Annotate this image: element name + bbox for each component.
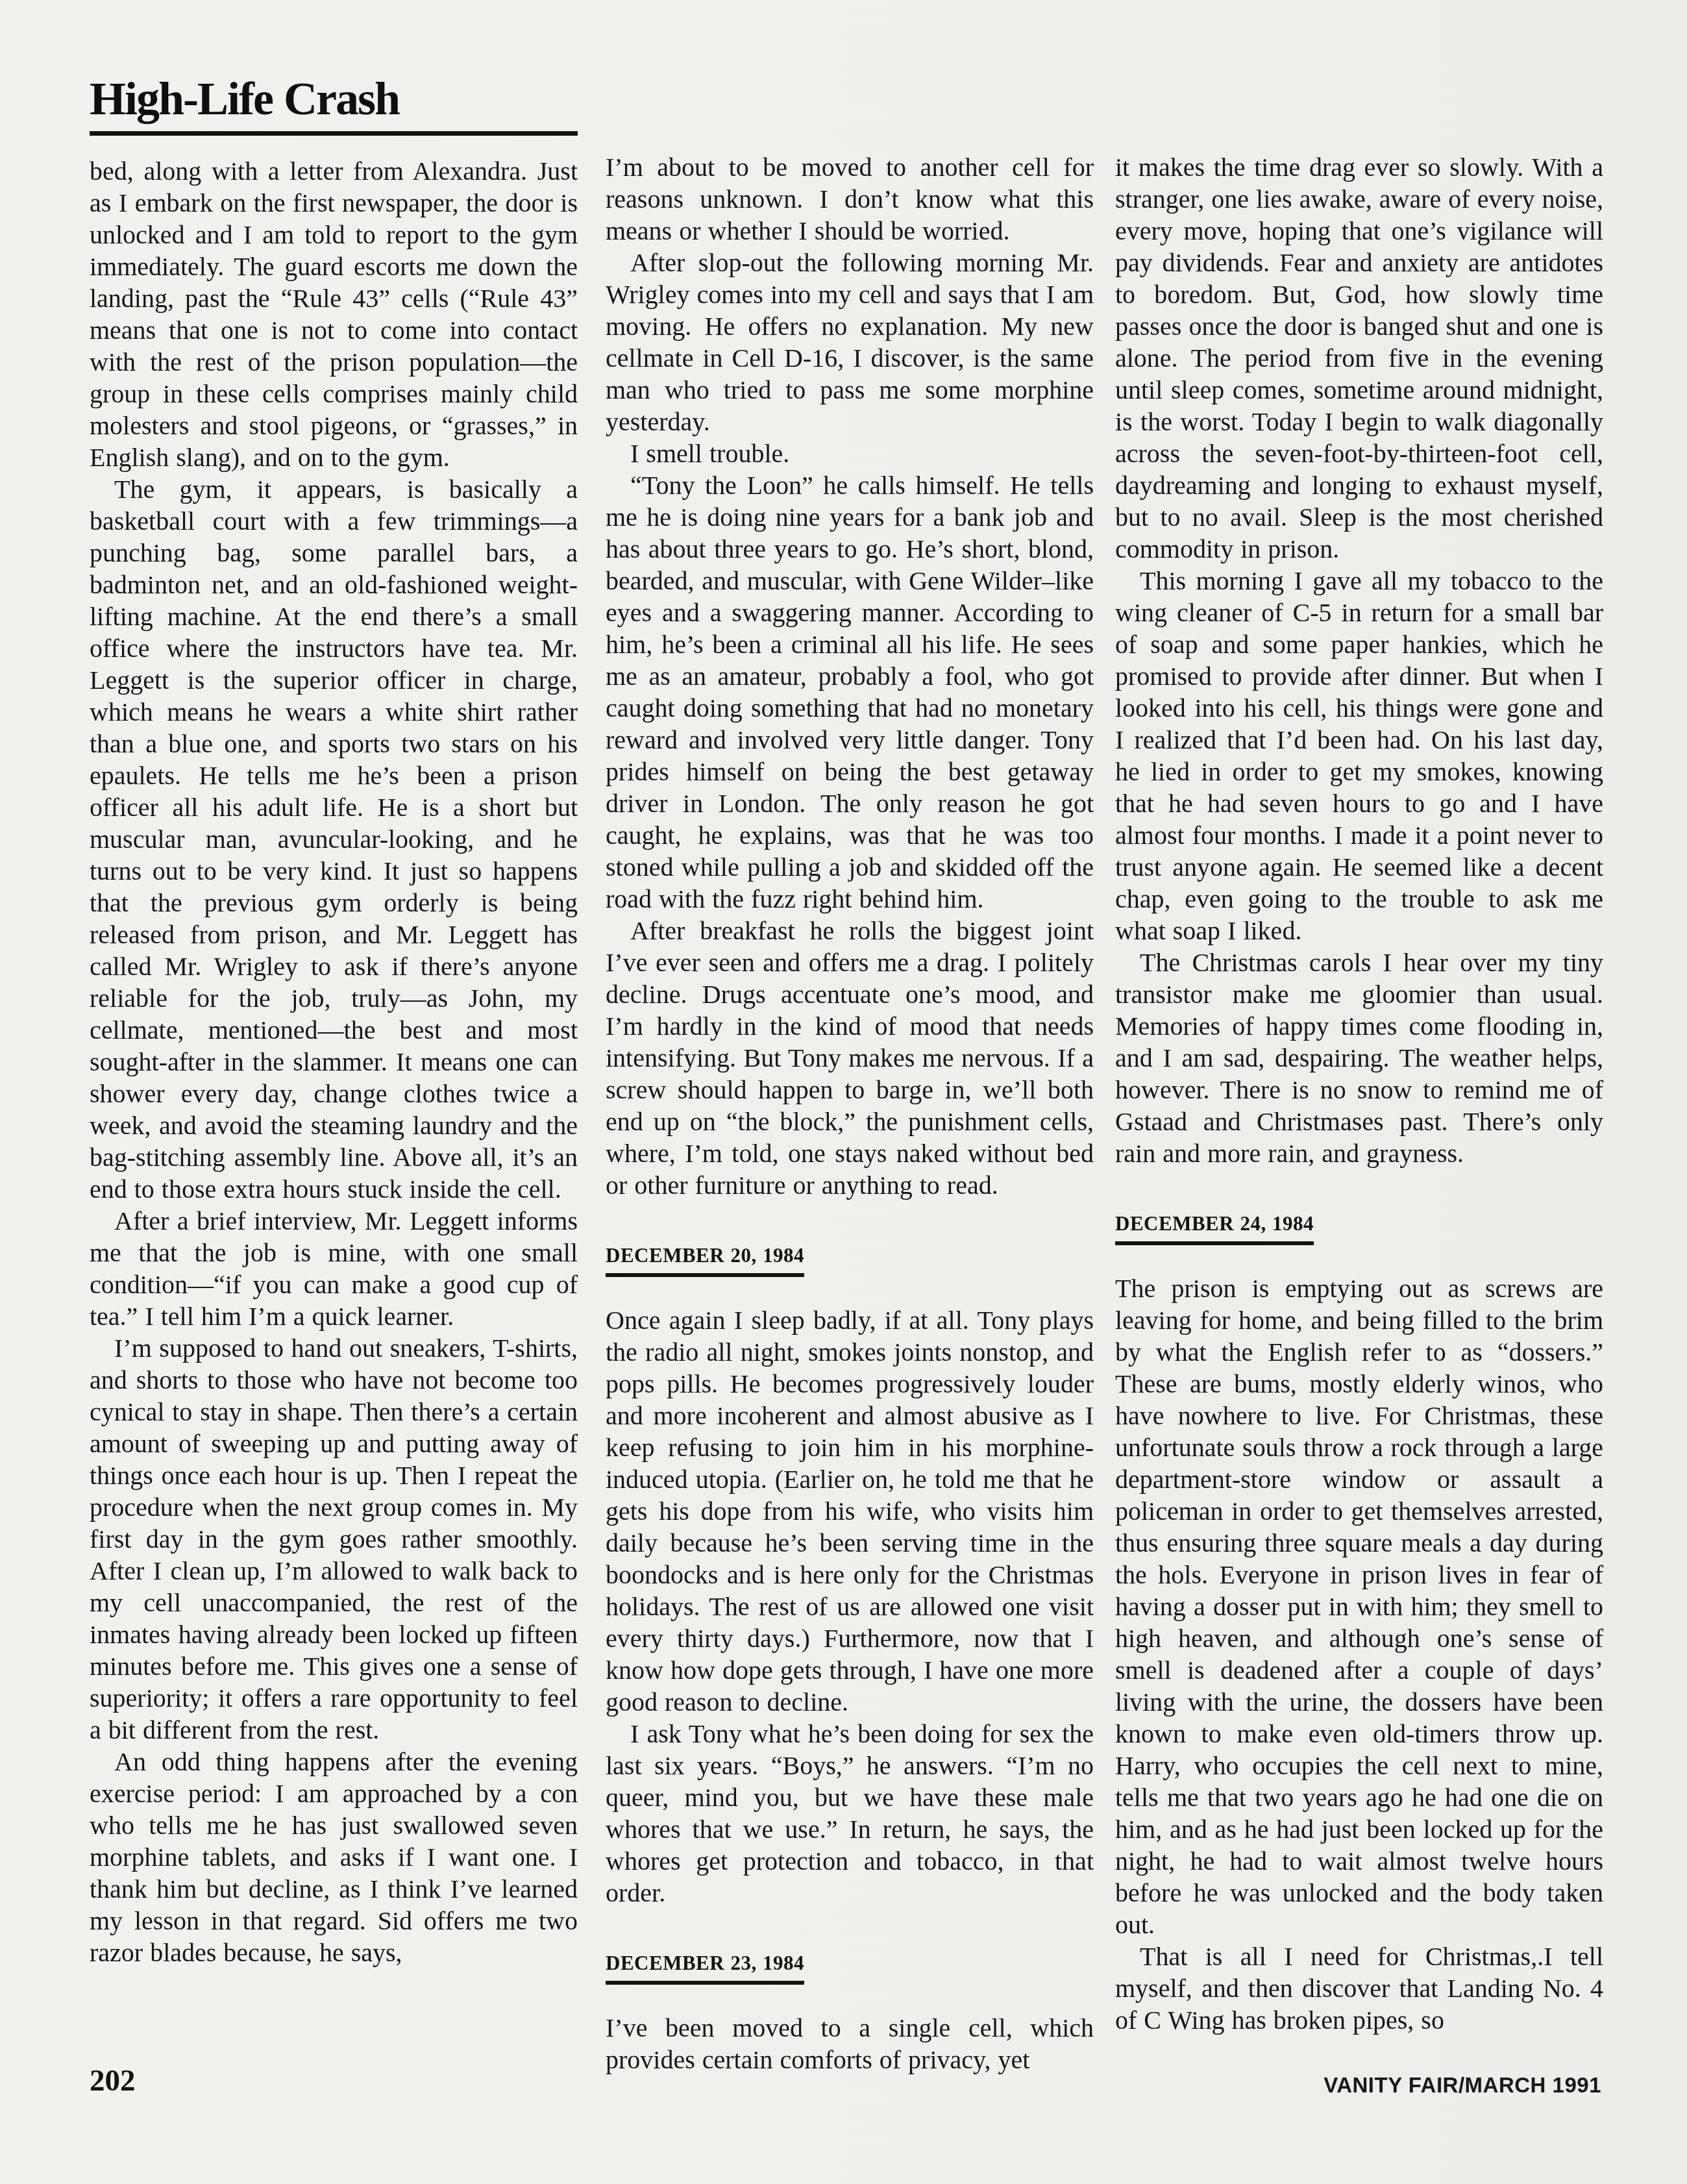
body-paragraph: bed, along with a letter from Alexandra.…: [90, 155, 578, 473]
column-3: it makes the time drag ever so slowly. W…: [1115, 151, 1603, 2036]
magazine-page: High-Life Crash bed, along with a letter…: [0, 0, 1687, 2184]
body-paragraph: I smell trouble.: [606, 438, 1094, 469]
article-title: High-Life Crash: [90, 75, 578, 122]
body-paragraph: Once again I sleep badly, if at all. Ton…: [606, 1304, 1094, 1718]
body-paragraph: I’ve been moved to a single cell, which …: [606, 2012, 1094, 2076]
body-paragraph: it makes the time drag ever so slowly. W…: [1115, 151, 1603, 565]
body-paragraph: “Tony the Loon” he calls himself. He tel…: [606, 469, 1094, 915]
date-heading: DECEMBER 23, 1984: [606, 1953, 804, 1985]
column-2: I’m about to be moved to another cell fo…: [606, 151, 1094, 2076]
body-paragraph: The gym, it appears, is basically a bask…: [90, 473, 578, 1205]
body-paragraph: That is all I need for Christmas,.I tell…: [1115, 1941, 1603, 2036]
date-heading-block: DECEMBER 23, 1984: [606, 1945, 1094, 1985]
body-paragraph: After slop-out the following morning Mr.…: [606, 247, 1094, 438]
title-rule: [90, 131, 578, 136]
body-paragraph: I’m about to be moved to another cell fo…: [606, 151, 1094, 247]
page-number: 202: [90, 2063, 136, 2098]
date-heading: DECEMBER 24, 1984: [1115, 1213, 1314, 1245]
column-1: High-Life Crash bed, along with a letter…: [90, 75, 578, 1968]
body-paragraph: After breakfast he rolls the biggest joi…: [606, 915, 1094, 1201]
body-paragraph: This morning I gave all my tobacco to th…: [1115, 565, 1603, 947]
body-paragraph: I ask Tony what he’s been doing for sex …: [606, 1718, 1094, 1909]
body-paragraph: The Christmas carols I hear over my tiny…: [1115, 947, 1603, 1169]
date-heading-block: DECEMBER 24, 1984: [1115, 1206, 1603, 1245]
body-paragraph: I’m supposed to hand out sneakers, T-shi…: [90, 1332, 578, 1746]
date-heading-block: DECEMBER 20, 1984: [606, 1237, 1094, 1277]
body-paragraph: The prison is emptying out as screws are…: [1115, 1272, 1603, 1941]
magazine-credit: VANITY FAIR/MARCH 1991: [1324, 2073, 1601, 2098]
body-paragraph: An odd thing happens after the evening e…: [90, 1746, 578, 1968]
body-paragraph: After a brief interview, Mr. Leggett inf…: [90, 1205, 578, 1332]
date-heading: DECEMBER 20, 1984: [606, 1245, 804, 1277]
